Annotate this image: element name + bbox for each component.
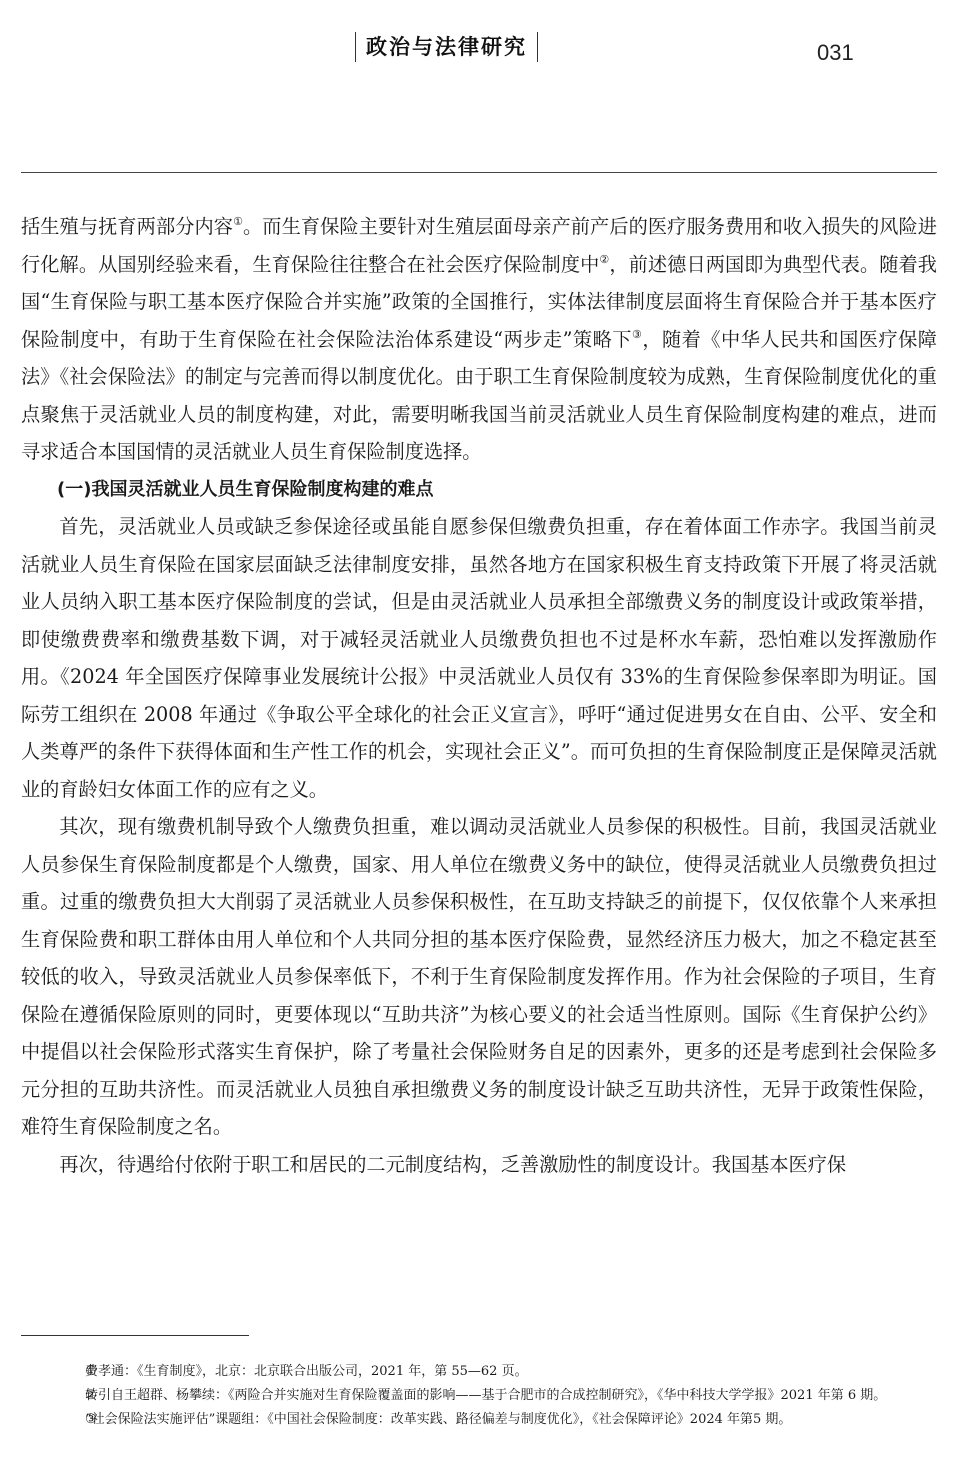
footnote-mark: ①: [53, 1360, 85, 1384]
footnote-separator: [21, 1335, 249, 1336]
footnote-3: ③“社会保险法实施评估”课题组：《中国社会保险制度：改革实践、路径偏差与制度优化…: [21, 1408, 937, 1432]
footnotes: ①费孝通：《生育制度》，北京：北京联合出版公司，2021 年，第 55—62 页…: [21, 1360, 937, 1432]
footnote-ref-2[interactable]: ②: [599, 253, 609, 266]
footnote-1: ①费孝通：《生育制度》，北京：北京联合出版公司，2021 年，第 55—62 页…: [21, 1360, 937, 1384]
footnote-2: ②转引自王超群、杨攀续：《两险合并实施对生育保险覆盖面的影响——基于合肥市的合成…: [21, 1384, 937, 1408]
paragraph-3: 其次，现有缴费机制导致个人缴费负担重，难以调动灵活就业人员参保的积极性。目前，我…: [21, 808, 937, 1146]
section-heading: (一)我国灵活就业人员生育保险制度构建的难点: [21, 471, 937, 509]
paragraph-1: 括生殖与抚育两部分内容①。而生育保险主要针对生殖层面母亲产前产后的医疗服务费用和…: [21, 208, 937, 471]
paragraph-2: 首先，灵活就业人员或缺乏参保途径或虽能自愿参保但缴费负担重，存在着体面工作赤字。…: [21, 508, 937, 808]
footnote-mark: ③: [53, 1408, 85, 1432]
paragraph-4: 再次，待遇给付依附于职工和居民的二元制度结构，乏善激励性的制度设计。我国基本医疗…: [21, 1146, 937, 1184]
page-number: 031: [817, 40, 854, 66]
page-header: 政治与法律研究 031: [0, 30, 958, 70]
paragraph-text: 括生殖与抚育两部分内容: [21, 215, 233, 238]
header-rule: [21, 172, 937, 173]
journal-section-title: 政治与法律研究: [355, 32, 538, 62]
footnote-mark: ②: [53, 1384, 85, 1408]
footnote-ref-3[interactable]: ③: [632, 328, 642, 341]
footnote-ref-1[interactable]: ①: [233, 215, 243, 228]
article-body: 括生殖与抚育两部分内容①。而生育保险主要针对生殖层面母亲产前产后的医疗服务费用和…: [21, 208, 937, 1183]
footnote-text: 转引自王超群、杨攀续：《两险合并实施对生育保险覆盖面的影响——基于合肥市的合成控…: [85, 1388, 886, 1403]
footnote-text: 费孝通：《生育制度》，北京：北京联合出版公司，2021 年，第 55—62 页。: [85, 1364, 528, 1379]
footnote-text: “社会保险法实施评估”课题组：《中国社会保险制度：改革实践、路径偏差与制度优化》…: [85, 1412, 791, 1427]
